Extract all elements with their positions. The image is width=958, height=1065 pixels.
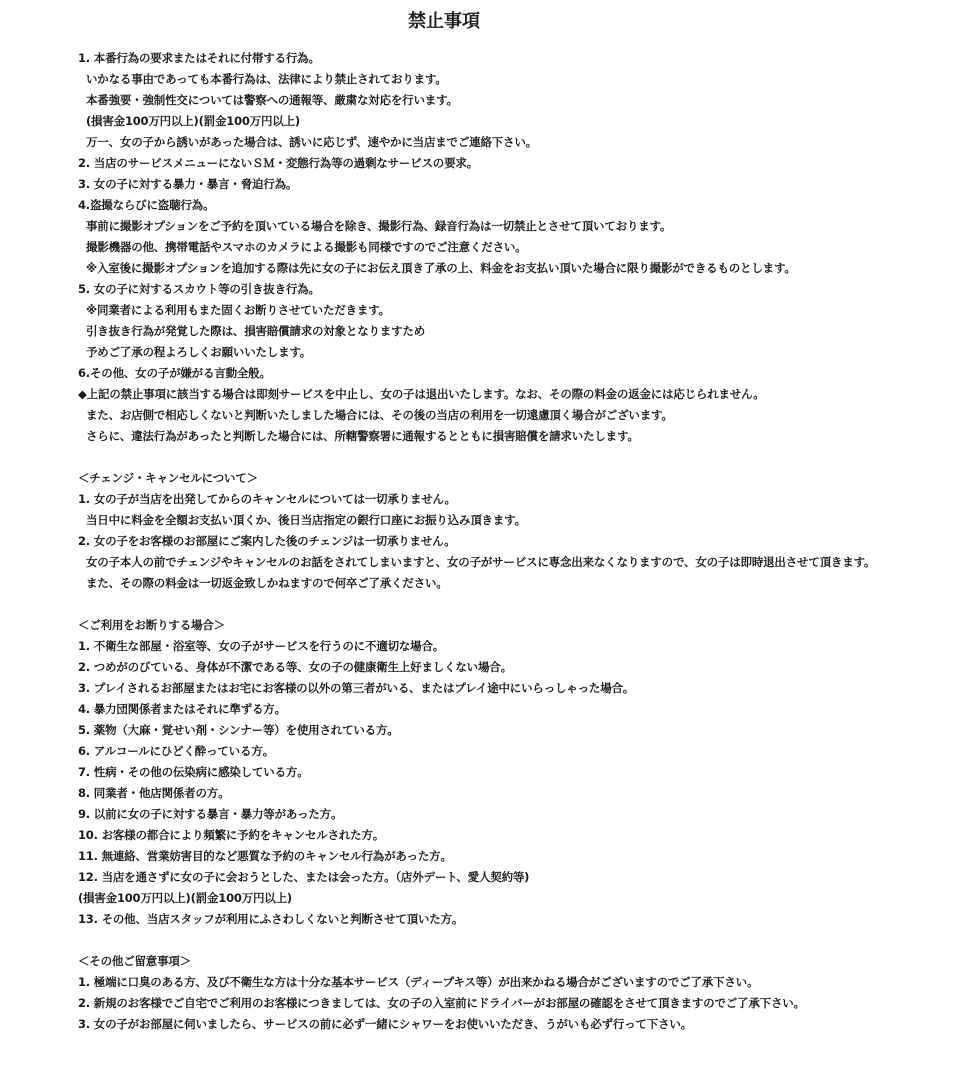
list-item: 4. 暴力団関係者またはそれに準ずる方。: [78, 699, 948, 720]
list-item: 7. 性病・その他の伝染病に感染している方。: [78, 762, 948, 783]
list-item-detail: いかなる事由であっても本番行為は、法律により禁止されております。: [78, 69, 948, 90]
list-item: 3. プレイされるお部屋またはお宅にお客様の以外の第三者がいる、またはプレイ途中…: [78, 678, 948, 699]
list-item: 12. 当店を通さずに女の子に会おうとした、または会った方。（店外デート、愛人契…: [78, 867, 948, 888]
list-item-detail: 女の子本人の前でチェンジやキャンセルのお話をされてしまいますと、女の子がサービス…: [78, 552, 948, 573]
list-item-detail: 本番強要・強制性交については警察への通報等、厳粛な対応を行います。: [78, 90, 948, 111]
list-item: 2. 新規のお客様でご自宅でご利用のお客様につきましては、女の子の入室前にドライ…: [78, 993, 948, 1014]
list-item: 2. つめがのびている、身体が不潔である等、女の子の健康衛生上好ましくない場合。: [78, 657, 948, 678]
list-item: 13. その他、当店スタッフが利用にふさわしくないと判断させて頂いた方。: [78, 909, 948, 930]
list-item-detail: ※入室後に撮影オプションを追加する際は先に女の子にお伝え頂き了承の上、料金をお支…: [78, 258, 948, 279]
section-heading: ＜ご利用をお断りする場合＞: [78, 615, 948, 636]
list-item: 2. 当店のサービスメニューにないＳＭ・変態行為等の過剰なサービスの要求。: [78, 153, 948, 174]
list-item-detail: さらに、違法行為があったと判断した場合には、所轄警察署に通報するとともに損害賠償…: [78, 426, 948, 447]
list-item-detail: また、その際の料金は一切返金致しかねますので何卒ご了承ください。: [78, 573, 948, 594]
list-item: 1. 極端に口臭のある方、及び不衛生な方は十分な基本サービス（ディープキス等）が…: [78, 972, 948, 993]
list-item-detail: 引き抜き行為が発覚した際は、損害賠償請求の対象となりますため: [78, 321, 948, 342]
list-item: (損害金100万円以上)(罰金100万円以上): [78, 888, 948, 909]
section-0: 1. 本番行為の要求またはそれに付帯する行為。いかなる事由であっても本番行為は、…: [78, 48, 948, 447]
spacer: [78, 594, 948, 615]
list-item-detail: 予めご了承の程よろしくお願いいたします。: [78, 342, 948, 363]
list-item: ◆上記の禁止事項に該当する場合は即刻サービスを中止し、女の子は退出いたします。な…: [78, 384, 948, 405]
list-item-detail: 事前に撮影オプションをご予約を頂いている場合を除き、撮影行為、録音行為は一切禁止…: [78, 216, 948, 237]
spacer: [78, 930, 948, 951]
list-item: 3. 女の子に対する暴力・暴言・脅迫行為。: [78, 174, 948, 195]
document-content: 1. 本番行為の要求またはそれに付帯する行為。いかなる事由であっても本番行為は、…: [78, 48, 948, 1035]
section-heading: ＜チェンジ・キャンセルについて＞: [78, 468, 948, 489]
section-3: ＜その他ご留意事項＞1. 極端に口臭のある方、及び不衛生な方は十分な基本サービス…: [78, 930, 948, 1035]
list-item: 9. 以前に女の子に対する暴言・暴力等があった方。: [78, 804, 948, 825]
list-item-detail: また、お店側で相応しくないと判断いたしました場合には、その後の当店の利用を一切遠…: [78, 405, 948, 426]
list-item: 5. 女の子に対するスカウト等の引き抜き行為。: [78, 279, 948, 300]
list-item: 6.その他、女の子が嫌がる言動全般。: [78, 363, 948, 384]
list-item: 1. 本番行為の要求またはそれに付帯する行為。: [78, 48, 948, 69]
section-1: ＜チェンジ・キャンセルについて＞1. 女の子が当店を出発してからのキャンセルにつ…: [78, 447, 948, 594]
list-item: 3. 女の子がお部屋に伺いましたら、サービスの前に必ず一緒にシャワーをお使いいた…: [78, 1014, 948, 1035]
list-item: 6. アルコールにひどく酔っている方。: [78, 741, 948, 762]
list-item-detail: 当日中に料金を全額お支払い頂くか、後日当店指定の銀行口座にお振り込み頂きます。: [78, 510, 948, 531]
list-item-detail: (損害金100万円以上)(罰金100万円以上): [78, 111, 948, 132]
list-item-detail: ※同業者による利用もまた固くお断りさせていただきます。: [78, 300, 948, 321]
section-2: ＜ご利用をお断りする場合＞1. 不衛生な部屋・浴室等、女の子がサービスを行うのに…: [78, 594, 948, 930]
section-heading: ＜その他ご留意事項＞: [78, 951, 948, 972]
list-item: 2. 女の子をお客様のお部屋にご案内した後のチェンジは一切承りません。: [78, 531, 948, 552]
list-item: 4.盗撮ならびに盗聴行為。: [78, 195, 948, 216]
list-item-detail: 万一、女の子から誘いがあった場合は、誘いに応じず、速やかに当店までご連絡下さい。: [78, 132, 948, 153]
list-item: 8. 同業者・他店関係者の方。: [78, 783, 948, 804]
list-item: 1. 女の子が当店を出発してからのキャンセルについては一切承りません。: [78, 489, 948, 510]
list-item: 10. お客様の都合により頻繁に予約をキャンセルされた方。: [78, 825, 948, 846]
list-item: 11. 無連絡、営業妨害目的など悪質な予約のキャンセル行為があった方。: [78, 846, 948, 867]
page-title: 禁止事項: [0, 9, 888, 35]
list-item-detail: 撮影機器の他、携帯電話やスマホのカメラによる撮影も同様ですのでご注意ください。: [78, 237, 948, 258]
spacer: [78, 447, 948, 468]
list-item: 1. 不衛生な部屋・浴室等、女の子がサービスを行うのに不適切な場合。: [78, 636, 948, 657]
list-item: 5. 薬物（大麻・覚せい剤・シンナー等）を使用されている方。: [78, 720, 948, 741]
